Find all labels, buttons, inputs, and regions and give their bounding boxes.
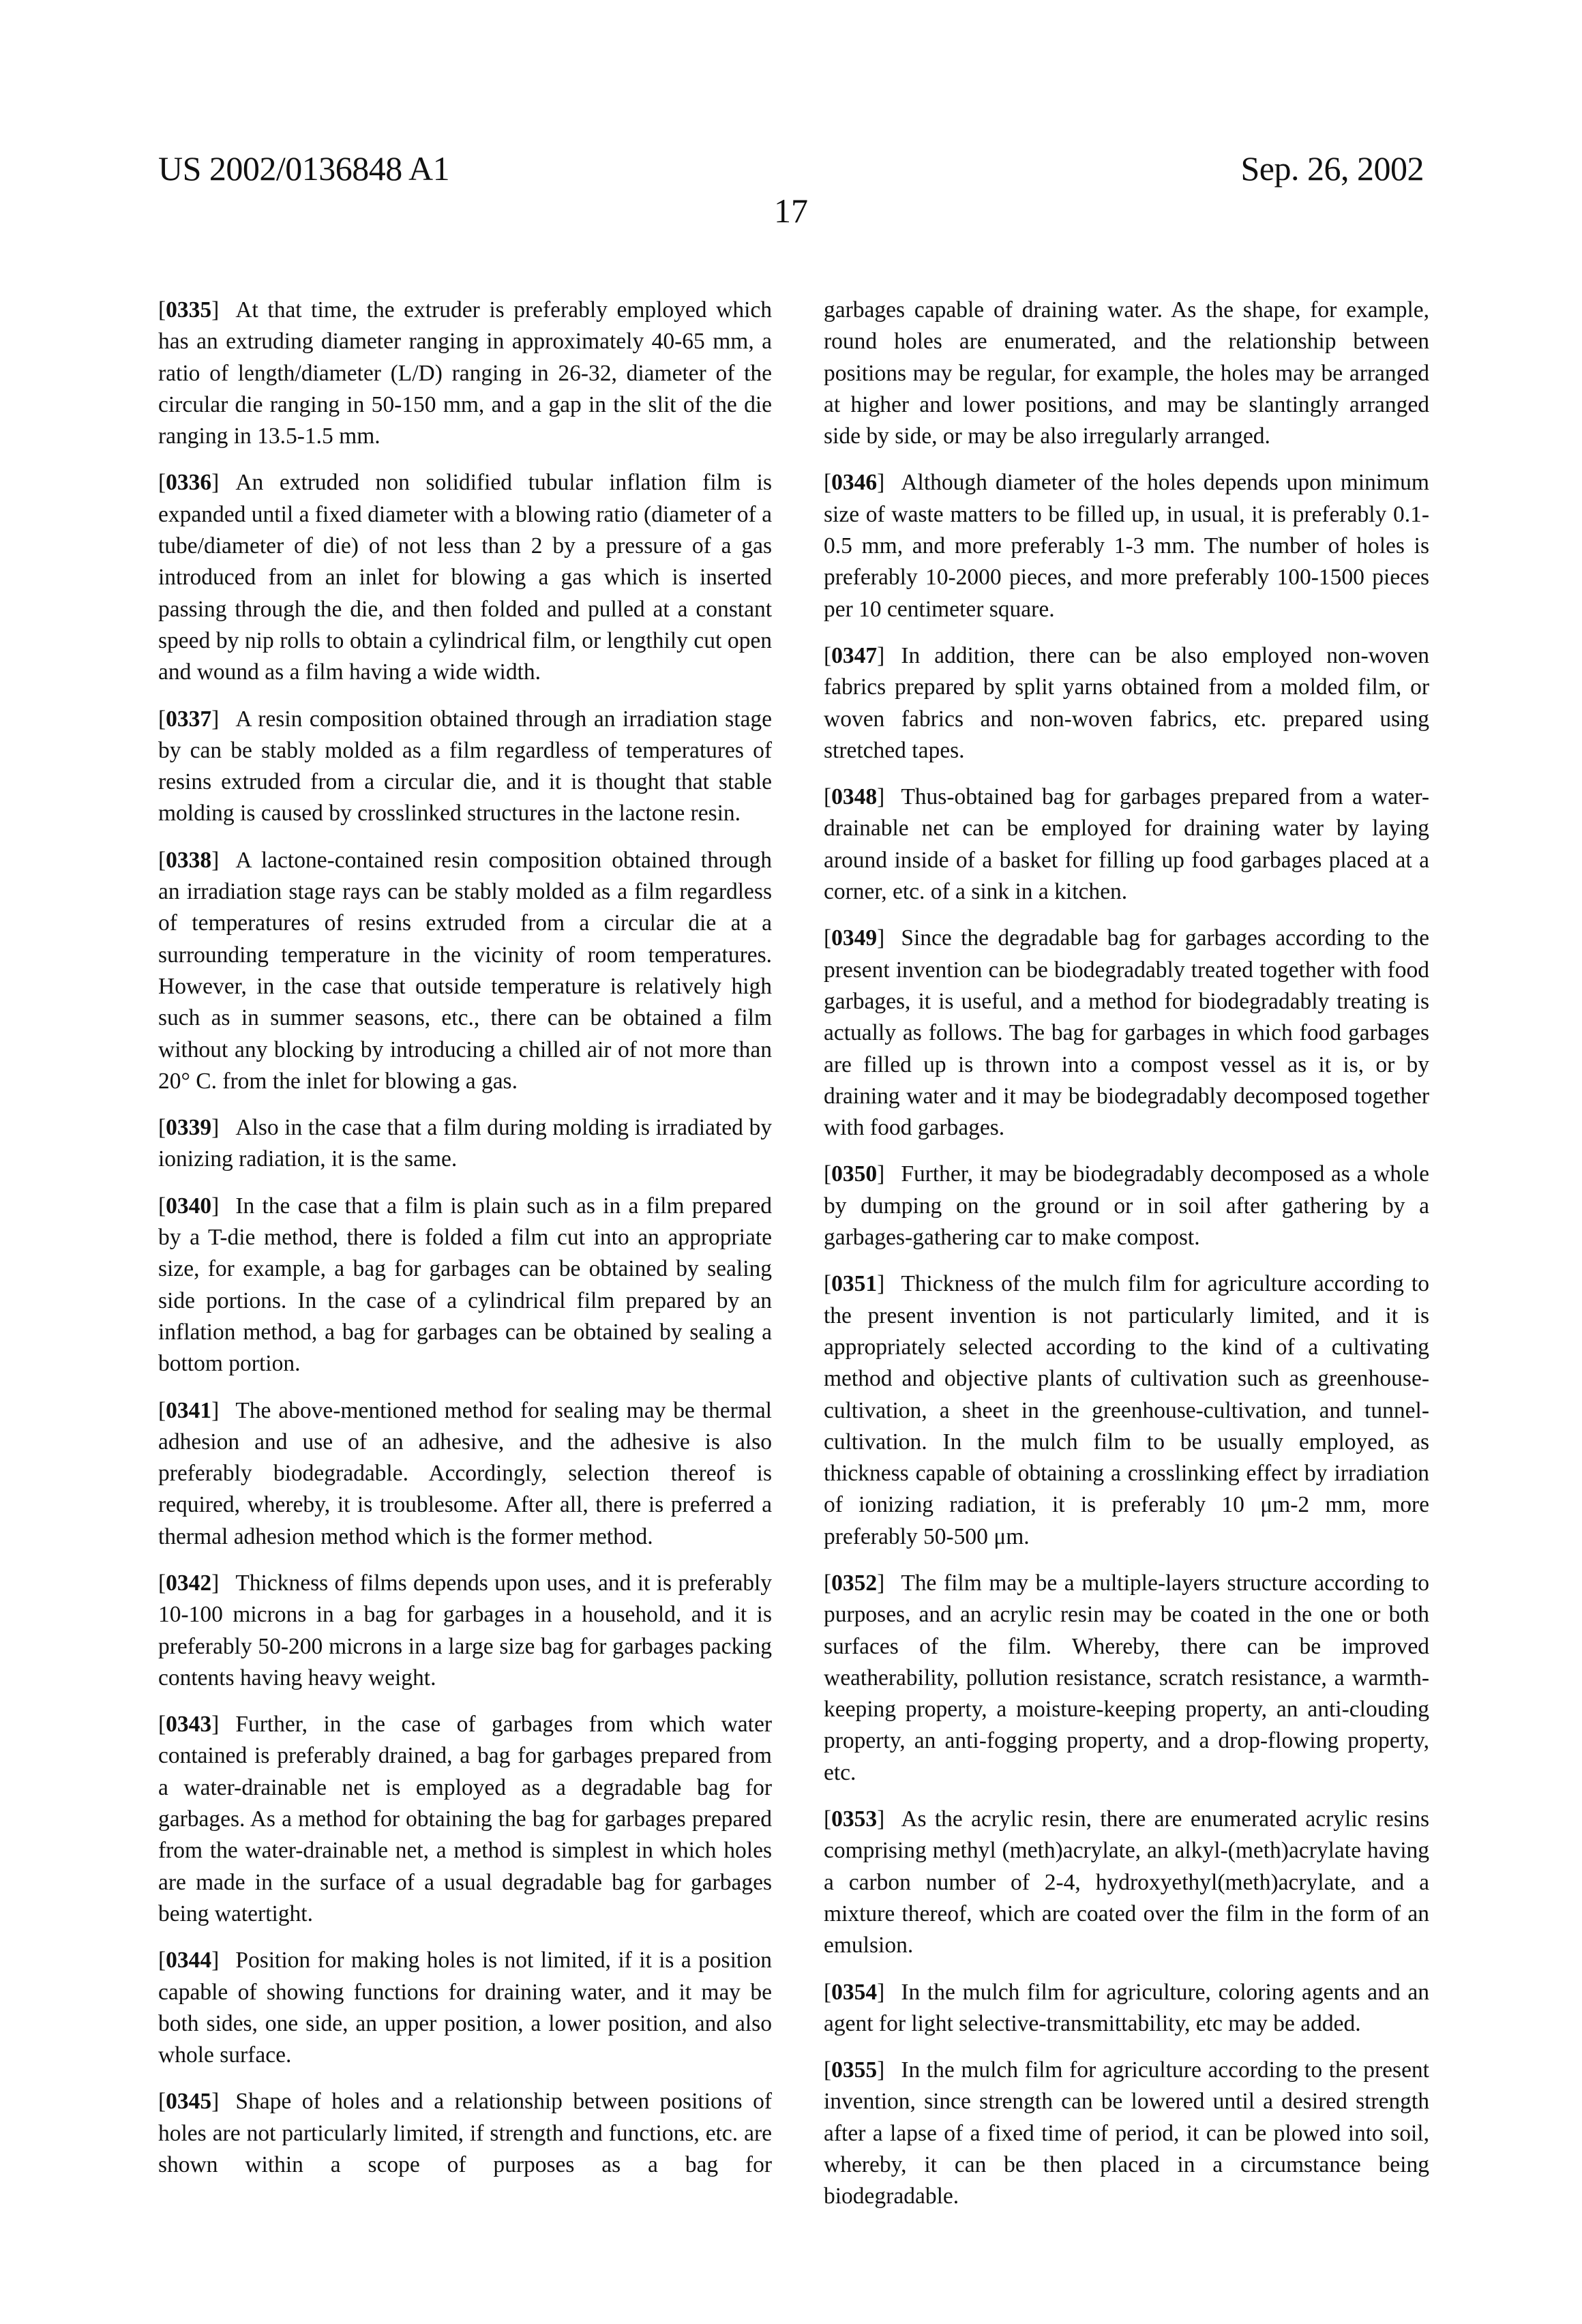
paragraph-number: [0339] bbox=[158, 1115, 219, 1140]
paragraph-text: Also in the case that a film during mold… bbox=[158, 1115, 772, 1172]
paragraph-0336: [0336]An extruded non solidified tubular… bbox=[158, 467, 772, 688]
paragraph-number: [0342] bbox=[158, 1570, 219, 1596]
paragraph-number: [0337] bbox=[158, 706, 219, 732]
paragraph-number: [0353] bbox=[824, 1806, 884, 1832]
paragraph-0352: [0352]The film may be a multiple-layers … bbox=[824, 1568, 1429, 1789]
paragraph-text: Thickness of films depends upon uses, an… bbox=[158, 1570, 772, 1690]
paragraph-text: Further, in the case of garbages from wh… bbox=[158, 1712, 772, 1926]
paragraph-0350: [0350]Further, it may be biodegradably d… bbox=[824, 1159, 1429, 1253]
paragraph-text: As the acrylic resin, there are enumerat… bbox=[824, 1806, 1429, 1958]
paragraph-0347: [0347]In addition, there can be also emp… bbox=[824, 640, 1429, 766]
paragraph-0346: [0346]Although diameter of the holes dep… bbox=[824, 467, 1429, 625]
right-column: garbages capable of draining water. As t… bbox=[824, 295, 1429, 2228]
paragraph-number: [0354] bbox=[824, 1980, 884, 2005]
publication-date: Sep. 26, 2002 bbox=[1241, 149, 1424, 188]
paragraph-0343: [0343]Further, in the case of garbages f… bbox=[158, 1709, 772, 1930]
paragraph-0339: [0339]Also in the case that a film durin… bbox=[158, 1112, 772, 1176]
paragraph-number: [0345] bbox=[158, 2089, 219, 2114]
paragraph-0349: [0349]Since the degradable bag for garba… bbox=[824, 923, 1429, 1144]
paragraph-number: [0344] bbox=[158, 1948, 219, 1973]
paragraph-number: [0355] bbox=[824, 2057, 884, 2083]
paragraph-number: [0351] bbox=[824, 1271, 884, 1296]
paragraph-0337: [0337]A resin composition obtained throu… bbox=[158, 704, 772, 830]
paragraph-number: [0336] bbox=[158, 470, 219, 495]
paragraph-number: [0346] bbox=[824, 470, 884, 495]
paragraph-text: Since the degradable bag for garbages ac… bbox=[824, 925, 1429, 1140]
paragraph-text: In the mulch film for agriculture, color… bbox=[824, 1980, 1429, 2036]
paragraph-number: [0349] bbox=[824, 925, 884, 951]
paragraph-number: [0348] bbox=[824, 784, 884, 809]
paragraph-text: Position for making holes is not limited… bbox=[158, 1948, 772, 2068]
paragraph-0340: [0340]In the case that a film is plain s… bbox=[158, 1191, 772, 1380]
paragraph-text: Thus-obtained bag for garbages prepared … bbox=[824, 784, 1429, 904]
paragraph-0345-continuation: garbages capable of draining water. As t… bbox=[824, 295, 1429, 452]
paragraph-text: In addition, there can be also employed … bbox=[824, 643, 1429, 763]
paragraph-text: Although diameter of the holes depends u… bbox=[824, 470, 1429, 621]
paragraph-number: [0352] bbox=[824, 1570, 884, 1596]
paragraph-text: In the mulch film for agriculture accord… bbox=[824, 2057, 1429, 2209]
paragraph-0351: [0351]Thickness of the mulch film for ag… bbox=[824, 1268, 1429, 1553]
paragraph-text: In the case that a film is plain such as… bbox=[158, 1193, 772, 1376]
paragraph-text: Thickness of the mulch film for agricult… bbox=[824, 1271, 1429, 1549]
paragraph-text: At that time, the extruder is preferably… bbox=[158, 297, 772, 449]
paragraph-number: [0350] bbox=[824, 1161, 884, 1187]
paragraph-text: garbages capable of draining water. As t… bbox=[824, 297, 1429, 449]
paragraph-0338: [0338]A lactone-contained resin composit… bbox=[158, 845, 772, 1097]
paragraph-text: A resin composition obtained through an … bbox=[158, 706, 772, 826]
paragraph-0345: [0345]Shape of holes and a relationship … bbox=[158, 2086, 772, 2181]
paragraph-text: The above-mentioned method for sealing m… bbox=[158, 1398, 772, 1549]
paragraph-text: The film may be a multiple-layers struct… bbox=[824, 1570, 1429, 1785]
paragraph-0354: [0354]In the mulch film for agriculture,… bbox=[824, 1977, 1429, 2040]
paragraph-number: [0340] bbox=[158, 1193, 219, 1219]
paragraph-number: [0335] bbox=[158, 297, 219, 323]
paragraph-text: A lactone-contained resin composition ob… bbox=[158, 848, 772, 1094]
paragraph-0342: [0342]Thickness of films depends upon us… bbox=[158, 1568, 772, 1694]
paragraph-0355: [0355]In the mulch film for agriculture … bbox=[824, 2055, 1429, 2212]
paragraph-number: [0347] bbox=[824, 643, 884, 668]
paragraph-text: Further, it may be biodegradably decompo… bbox=[824, 1161, 1429, 1250]
paragraph-0353: [0353]As the acrylic resin, there are en… bbox=[824, 1804, 1429, 1961]
publication-number: US 2002/0136848 A1 bbox=[158, 149, 449, 188]
paragraph-number: [0343] bbox=[158, 1712, 219, 1737]
left-column: [0335]At that time, the extruder is pref… bbox=[158, 295, 772, 2196]
paragraph-0344: [0344]Position for making holes is not l… bbox=[158, 1945, 772, 2071]
paragraph-text: An extruded non solidified tubular infla… bbox=[158, 470, 772, 685]
paragraph-text: Shape of holes and a relationship betwee… bbox=[158, 2089, 772, 2177]
paragraph-number: [0341] bbox=[158, 1398, 219, 1423]
paragraph-0335: [0335]At that time, the extruder is pref… bbox=[158, 295, 772, 452]
paragraph-number: [0338] bbox=[158, 848, 219, 873]
page-number: 17 bbox=[0, 191, 1582, 230]
paragraph-0341: [0341]The above-mentioned method for sea… bbox=[158, 1395, 772, 1553]
paragraph-0348: [0348]Thus-obtained bag for garbages pre… bbox=[824, 781, 1429, 908]
